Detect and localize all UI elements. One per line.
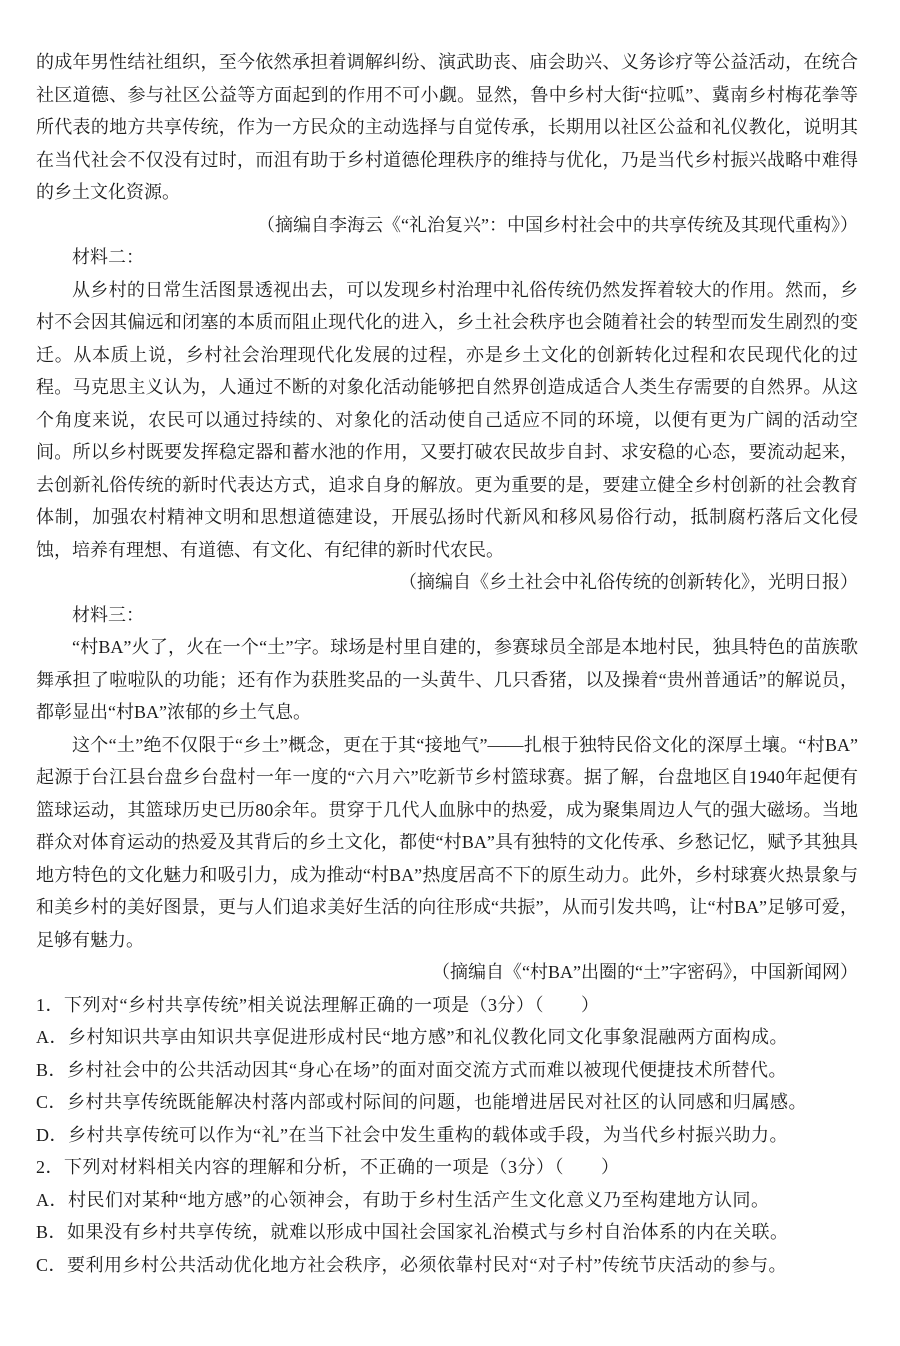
question-1-option-b: B．乡村社会中的公共活动因其“身心在场”的面对面交流方式而难以被现代便捷技术所替… [36, 1054, 858, 1087]
question-2-stem: 2．下列对材料相关内容的理解和分析，不正确的一项是（3分）（ ） [36, 1151, 858, 1184]
question-1-option-d: D．乡村共享传统可以作为“礼”在当下社会中发生重构的载体或手段，为当代乡村振兴助… [36, 1119, 858, 1152]
material3-paragraph-2: 这个“土”绝不仅限于“乡土”概念，更在于其“接地气”——扎根于独特民俗文化的深厚… [36, 729, 858, 957]
material2-source-attribution: （摘编自《乡土社会中礼俗传统的创新转化》，光明日报） [36, 566, 858, 599]
question-2-option-b: B．如果没有乡村共享传统，就难以形成中国社会国家礼治模式与乡村自治体系的内在关联… [36, 1216, 858, 1249]
material2-label: 材料二： [36, 241, 858, 274]
material3-source-attribution: （摘编自《“村BA”出圈的“土”字密码》，中国新闻网） [36, 956, 858, 989]
questions-section: 1．下列对“乡村共享传统”相关说法理解正确的一项是（3分）（ ） A．乡村知识共… [36, 989, 858, 1282]
material2-paragraph: 从乡村的日常生活图景透视出去，可以发现乡村治理中礼俗传统仍然发挥着较大的作用。然… [36, 274, 858, 567]
question-1-stem: 1．下列对“乡村共享传统”相关说法理解正确的一项是（3分）（ ） [36, 989, 858, 1022]
question-2-option-c: C．要利用乡村公共活动优化地方社会秩序，必须依靠村民对“对子村”传统节庆活动的参… [36, 1249, 858, 1282]
exam-paper-page: 的成年男性结社组织，至今依然承担着调解纠纷、演武助丧、庙会助兴、义务诊疗等公益活… [0, 0, 900, 1346]
material3-label: 材料三： [36, 599, 858, 632]
question-2-option-a: A．村民们对某种“地方感”的心领神会，有助于乡村生活产生文化意义乃至构建地方认同… [36, 1184, 858, 1217]
material3-paragraph-1: “村BA”火了，火在一个“土”字。球场是村里自建的，参赛球员全部是本地村民，独具… [36, 631, 858, 729]
question-1-option-a: A．乡村知识共享由知识共享促进形成村民“地方感”和礼仪教化同文化事象混融两方面构… [36, 1021, 858, 1054]
material1-paragraph-continuation: 的成年男性结社组织，至今依然承担着调解纠纷、演武助丧、庙会助兴、义务诊疗等公益活… [36, 46, 858, 209]
material1-source-attribution: （摘编自李海云《“礼治复兴”：中国乡村社会中的共享传统及其现代重构》） [36, 209, 858, 242]
question-1-option-c: C．乡村共享传统既能解决村落内部或村际间的问题，也能增进居民对社区的认同感和归属… [36, 1086, 858, 1119]
